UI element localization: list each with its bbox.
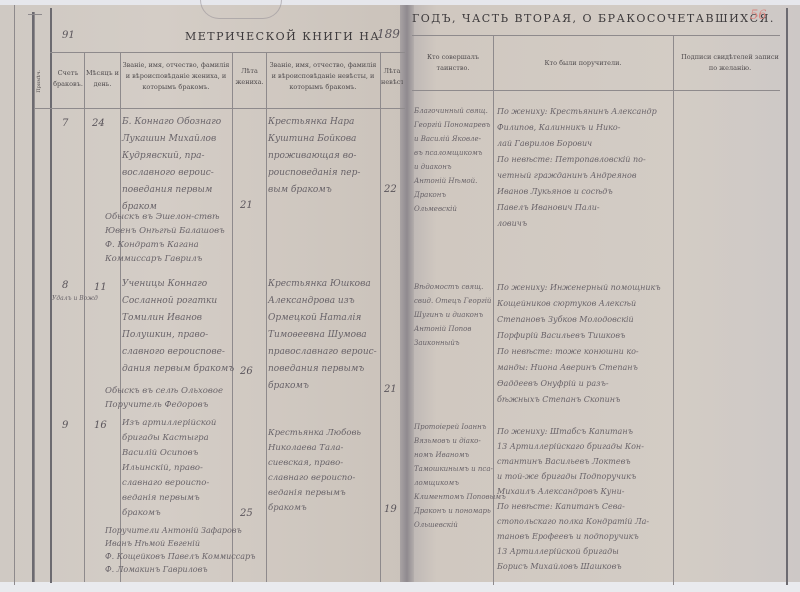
col-header-count: Счетъ браковъ. <box>52 68 84 90</box>
note-line: Обыскъ въ селѣ Ольховое <box>105 384 223 398</box>
groom-line: Василій Осиповъ <box>122 446 216 461</box>
groom-line: Ученицы Коннаго <box>122 276 234 293</box>
bride-line: сиевская, право- <box>268 456 361 471</box>
groom-line: дания первым бракомъ <box>122 361 234 378</box>
priest-line: Климентомъ Поповымъ <box>414 490 506 504</box>
record-count: 8 <box>62 280 68 291</box>
witness-line: лай Гаврилов Борович <box>497 136 657 152</box>
bride-age: 19 <box>384 504 397 515</box>
witness-line: 13 Артиллерійскаго бригады Кон- <box>497 439 649 454</box>
scan-top-edge <box>0 0 800 5</box>
bride-line: бракомъ <box>268 501 361 516</box>
witness-line: По жениху: Инженерный помощникъ <box>497 280 661 296</box>
margin-label: Примѣч. <box>34 70 50 93</box>
witness-line: тановъ Ерофеевъ и подпоручикъ <box>497 529 649 544</box>
witness-line: бѣжныхъ Степанъ Скопинъ <box>497 392 661 408</box>
witness-line: ловичъ <box>497 216 657 232</box>
groom-line: поведания первым <box>122 182 221 199</box>
groom-age: 25 <box>240 508 253 519</box>
scan-bottom-edge <box>0 582 800 592</box>
priest-line: Вѣдомостъ свящ. <box>414 280 491 294</box>
bride-line: роисповеданія пер- <box>268 165 360 182</box>
bride-line: Куштина Бойкова <box>268 131 360 148</box>
bride-age: 21 <box>384 384 397 395</box>
priest-line: Шугинъ и диаконъ <box>414 308 491 322</box>
groom-line: бракомъ <box>122 506 216 521</box>
imperial-crest <box>200 0 282 19</box>
groom-line: Лукашин Михайлов <box>122 131 221 148</box>
witness-line: Михаилъ Александровъ Куни- <box>497 484 649 499</box>
priest-line: ломщикомъ <box>414 476 506 490</box>
bride-line: Ормецкой Наталія <box>268 310 377 327</box>
col-header-bride-age: Лѣта невѣсты. <box>381 66 403 88</box>
rule <box>28 14 42 15</box>
bride-line: Николаева Тала- <box>268 441 361 456</box>
bride-line: славнаго вероиспо- <box>268 471 361 486</box>
priest-line: въ псаломщикомъ <box>414 146 490 160</box>
witness-line: Иванов Лукьянов и сосѣдъ <box>497 184 657 200</box>
witness-line: Павелъ Иванович Пали- <box>497 200 657 216</box>
note-line: Ф. Ломакинъ Гавриловъ <box>105 563 255 576</box>
note-line: Ювенъ Онѣгѣй Балашовъ <box>105 224 225 238</box>
witness-line: По жениху: Штабсъ Капитанъ <box>497 424 649 439</box>
priest-line: Драконъ <box>414 188 490 202</box>
year-handwritten: 189 <box>377 27 400 41</box>
title-left: метрической книги на <box>185 30 380 43</box>
corner-number: 91 <box>62 30 75 41</box>
record-day: 24 <box>92 118 105 129</box>
groom-line: вославного вероис- <box>122 165 221 182</box>
priest-line: Вязьмовъ и діако- <box>414 434 506 448</box>
page-number: 56 <box>750 8 767 23</box>
priest-line: Антоній Попов <box>414 322 491 336</box>
record-day: 16 <box>94 420 107 431</box>
rule <box>673 35 674 585</box>
header-bottom-rule <box>412 90 780 91</box>
groom-line: веданія первымъ <box>122 491 216 506</box>
witness-line: Порфирій Васильевъ Тишковъ <box>497 328 661 344</box>
priest-line: Протоіерей Іоаннъ <box>414 420 506 434</box>
col-header-groom: Званіе, имя, отчество, фамилія и вѣроисп… <box>122 60 230 93</box>
note-line: Коммиссаръ Гаврилъ <box>105 252 225 266</box>
bride-line: Тимоѳеевна Шумова <box>268 327 377 344</box>
groom-line: Изъ артиллерійской <box>122 416 216 431</box>
priest-line: Георгій Пономаревъ <box>414 118 490 132</box>
rule <box>34 12 35 582</box>
note-line: Иванъ Нѣмой Евгеній <box>105 537 255 550</box>
witness-line: 13 Артиллерійской бригады <box>497 544 649 559</box>
rule <box>786 8 788 585</box>
header-bottom-rule <box>34 108 405 109</box>
priest-line: номъ Иваномъ <box>414 448 506 462</box>
witness-line: стопольскаго полка Кондратій Ла- <box>497 514 649 529</box>
groom-line: Полушкин, право- <box>122 327 234 344</box>
rule <box>14 5 15 585</box>
groom-line: бригады Кастыгра <box>122 431 216 446</box>
groom-line: славнаго вероиспо- <box>122 476 216 491</box>
witness-line: По невѣсте: Капитанъ Сева- <box>497 499 649 514</box>
groom-line: Сосланной рогатки <box>122 293 234 310</box>
col-header-date: Мѣсяцъ и день. <box>85 68 120 90</box>
rule <box>84 52 85 582</box>
margin-note: Удалъ и Вожд <box>52 294 98 303</box>
record-count: 7 <box>62 118 68 129</box>
priest-line: Благочинный свящ. <box>414 104 490 118</box>
note-line: Ф. Кощейковъ Павелъ Коммиссаръ <box>105 550 255 563</box>
bride-line: веданія первымъ <box>268 486 361 501</box>
record-count: 9 <box>62 420 68 431</box>
bride-age: 22 <box>384 184 397 195</box>
rule <box>266 52 267 582</box>
priest-line: Ольшевскій <box>414 518 506 532</box>
book-gutter <box>400 0 414 592</box>
witness-line: стантинъ Васильевъ Локтевъ <box>497 454 649 469</box>
witness-line: По невѣсте: тоже конюшни ко- <box>497 344 661 360</box>
bride-line: Крестьянка Юшкова <box>268 276 377 293</box>
record-day: 11 <box>94 282 107 293</box>
bride-line: Александрова изъ <box>268 293 377 310</box>
priest-line: Драконъ и пономарь <box>414 504 506 518</box>
header-top-rule <box>50 52 405 53</box>
priest-line: Антоній Нѣмой. <box>414 174 490 188</box>
witness-line: манды: Ниона Аверинъ Степанъ <box>497 360 661 376</box>
col-header-priest: Кто совершалъ таинство. <box>414 52 492 74</box>
witness-line: Борисъ Михайловъ Шашковъ <box>497 559 649 574</box>
bride-line: вым бракомъ <box>268 182 360 199</box>
col-header-groom-age: Лѣта жениха. <box>233 66 266 88</box>
groom-line: Томилин Иванов <box>122 310 234 327</box>
groom-age: 21 <box>240 200 253 211</box>
witness-line: Степановъ Зубков Молодовскій <box>497 312 661 328</box>
witness-line: Филипов, Калинникъ и Нико- <box>497 120 657 136</box>
groom-line: Б. Коннаго Обознаго <box>122 114 221 131</box>
rule <box>120 52 121 582</box>
witness-line: и той-же бригады Подпоручикъ <box>497 469 649 484</box>
note-line: Обыскъ въ Эшелон-ствѣ <box>105 210 225 224</box>
groom-line: Ильинскій, право- <box>122 461 216 476</box>
witness-line: Ѳаддеевъ Онуфрій и разъ- <box>497 376 661 392</box>
col-header-bride: Званіе, имя, отчество, фамилія и вѣроисп… <box>268 60 378 93</box>
col-header-witnesses: Кто были поручители. <box>495 58 671 69</box>
witness-line: По жениху: Крестьянинъ Александр <box>497 104 657 120</box>
note-line: Ф. Кондратъ Кагана <box>105 238 225 252</box>
bride-line: проживающая во- <box>268 148 360 165</box>
priest-line: Заиконныйъ <box>414 336 491 350</box>
bride-line: поведания первымъ <box>268 361 377 378</box>
priest-line: и диаконъ <box>414 160 490 174</box>
priest-line: и Василій Яковле- <box>414 132 490 146</box>
priest-line: Ольмевскій <box>414 202 490 216</box>
priest-line: свид. Отецъ Георгій <box>414 294 491 308</box>
title-right: годъ, часть вторая, о бракосочетавшихся. <box>412 12 775 25</box>
witness-line: Кощейников сюртуков Алексѣй <box>497 296 661 312</box>
groom-age: 26 <box>240 366 253 377</box>
note-line: Поручители Антоній Зафаровъ <box>105 524 255 537</box>
bride-line: Крестьянка Нара <box>268 114 360 131</box>
rule <box>380 52 381 582</box>
header-top-rule <box>412 35 780 36</box>
note-line: Поручитель Федоровъ <box>105 398 223 412</box>
groom-line: славного вероиспове- <box>122 344 234 361</box>
witness-line: четный гражданинъ Андреянов <box>497 168 657 184</box>
priest-line: Тамошкинымъ и пса- <box>414 462 506 476</box>
bride-line: православнаго вероис- <box>268 344 377 361</box>
bride-line: Крестьянка Любовь <box>268 426 361 441</box>
bride-line: бракомъ <box>268 378 377 395</box>
col-header-signatures: Подписи свидѣтелей записи по желанію. <box>676 52 784 74</box>
witness-line: По невѣсте: Петропавловскій по- <box>497 152 657 168</box>
groom-line: Кудрявский, пра- <box>122 148 221 165</box>
